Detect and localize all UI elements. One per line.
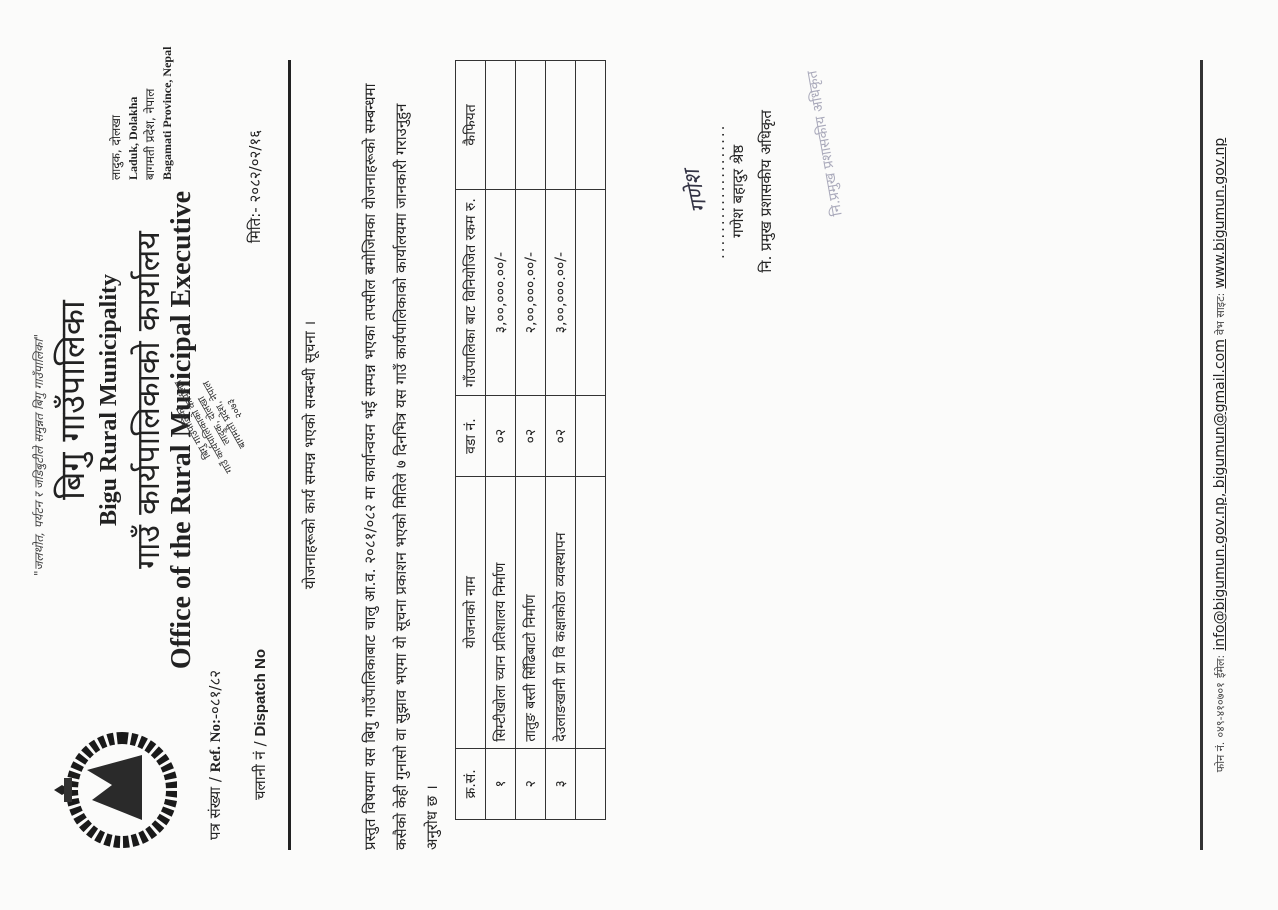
col-ward: वडा नं. bbox=[456, 396, 486, 476]
handwritten-signature: गणेश bbox=[676, 167, 714, 216]
table-header-row: क्र.सं. योजनाको नाम वडा नं. गाँउपालिका ब… bbox=[456, 61, 486, 820]
cell-ward: ०२ bbox=[546, 396, 576, 476]
date-value: २०८२/०२/१६ bbox=[246, 130, 264, 203]
ref-label-np: पत्र संख्या / bbox=[206, 777, 224, 840]
col-serial: क्र.सं. bbox=[456, 748, 486, 819]
cell-ward: ०२ bbox=[486, 396, 516, 476]
address-line: Bagamati Province, Nepal bbox=[159, 30, 176, 180]
reference-number: पत्र संख्या / Ref. No:-०८१/८२ bbox=[205, 670, 225, 840]
address-line: बागमती प्रदेश, नेपाल bbox=[142, 30, 159, 180]
letter-date: मिति:- २०८२/०२/१६ bbox=[245, 130, 265, 243]
cell-amount: ३,००,०००.००/- bbox=[546, 189, 576, 396]
header-divider bbox=[288, 60, 291, 850]
cell-remarks bbox=[546, 61, 576, 190]
signature-dots: .................... bbox=[710, 110, 728, 273]
col-remarks: कैफियत bbox=[456, 61, 486, 190]
ref-value: ०८१/८२ bbox=[206, 670, 224, 714]
email-links[interactable]: info@bigumun.gov.np, bigumun@gmail.com bbox=[1212, 339, 1228, 651]
letter-page: "जलथोत, पर्यटन र जडिबुटीले समुन्नत बिगु … bbox=[0, 0, 1278, 910]
cell-amount: ३,००,०००.००/- bbox=[486, 189, 516, 396]
table-row: ३ देउलाङखानी प्रा वि कक्षाकोठा व्यवस्थाप… bbox=[546, 61, 576, 820]
cell-serial: १ bbox=[486, 748, 516, 819]
dispatch-label-en: Dispatch No bbox=[252, 649, 269, 737]
faded-stamp: नि.प्रमुख प्रशासकीय अधिकृत bbox=[802, 69, 846, 217]
cell-ward bbox=[576, 396, 606, 476]
address-line: लादुक, दोलखा bbox=[108, 30, 125, 180]
cell-amount: २,००,०००.००/- bbox=[516, 189, 546, 396]
signatory-name: गणेश बहादुर श्रेष्ठ bbox=[728, 110, 748, 273]
dispatch-number: चलानी नं / Dispatch No bbox=[250, 649, 270, 800]
body-paragraph: प्रस्तुत विषयमा यस बिगु गाउँपालिकाबाट चा… bbox=[355, 60, 448, 850]
email-label: ईमेल: bbox=[1214, 655, 1227, 678]
address-block: लादुक, दोलखा Laduk, Dolakha बागमती प्रदे… bbox=[108, 30, 176, 180]
col-project-name: योजनाको नाम bbox=[456, 476, 486, 748]
address-line: Laduk, Dolakha bbox=[125, 30, 142, 180]
cell-serial: २ bbox=[516, 748, 546, 819]
website-link[interactable]: www.bigumun.gov.np bbox=[1212, 138, 1228, 289]
col-amount: गाँउपालिका बाट विनियोजित रकम रु. bbox=[456, 189, 486, 396]
cell-remarks bbox=[486, 61, 516, 190]
cell-project-name: सिम्टीखोला च्यान प्रतिशालय निर्माण bbox=[486, 476, 516, 748]
signature-block: गणेश .................... गणेश बहादुर श्… bbox=[680, 110, 776, 273]
municipality-name-np: बिगु गाउँपालिका bbox=[48, 190, 94, 610]
cell-project-name bbox=[576, 476, 606, 748]
website-label: वेभ साइट: bbox=[1214, 293, 1227, 335]
phone-label: फोन नं. bbox=[1214, 742, 1227, 773]
table-row bbox=[576, 61, 606, 820]
dispatch-label-np: चलानी नं / bbox=[251, 741, 269, 800]
municipality-name-en: Bigu Rural Municipality bbox=[96, 190, 123, 610]
cell-remarks bbox=[516, 61, 546, 190]
ref-label-en: Ref. No:- bbox=[208, 714, 224, 772]
table-row: १ सिम्टीखोला च्यान प्रतिशालय निर्माण ०२ … bbox=[486, 61, 516, 820]
date-label: मिति:- bbox=[246, 207, 264, 243]
cell-amount bbox=[576, 189, 606, 396]
footer-contact: फोन नं. ०४९-४१०७०१ ईमेल: info@bigumun.go… bbox=[1212, 60, 1228, 850]
cell-remarks bbox=[576, 61, 606, 190]
subject-line: योजनाहरूको कार्य सम्पन्न भएको सम्बन्धी स… bbox=[300, 0, 320, 910]
projects-table: क्र.सं. योजनाको नाम वडा नं. गाँउपालिका ब… bbox=[455, 60, 606, 820]
office-name-np: गाउँ कार्यपालिकाको कार्यालय bbox=[126, 120, 169, 680]
cell-project-name: तातुङ बस्ती सिँढिबाटो निर्माण bbox=[516, 476, 546, 748]
signatory-title: नि. प्रमुख प्रशासकीय अधिकृत bbox=[756, 110, 776, 273]
phone-number: ०४९-४१०७०१ bbox=[1214, 682, 1227, 737]
cell-project-name: देउलाङखानी प्रा वि कक्षाकोठा व्यवस्थापन bbox=[546, 476, 576, 748]
footer-divider bbox=[1200, 60, 1203, 850]
cell-ward: ०२ bbox=[516, 396, 546, 476]
motto: "जलथोत, पर्यटन र जडिबुटीले समुन्नत बिगु … bbox=[30, 0, 47, 910]
nepal-emblem-icon bbox=[52, 730, 177, 850]
cell-serial bbox=[576, 748, 606, 819]
cell-serial: ३ bbox=[546, 748, 576, 819]
table-row: २ तातुङ बस्ती सिँढिबाटो निर्माण ०२ २,००,… bbox=[516, 61, 546, 820]
